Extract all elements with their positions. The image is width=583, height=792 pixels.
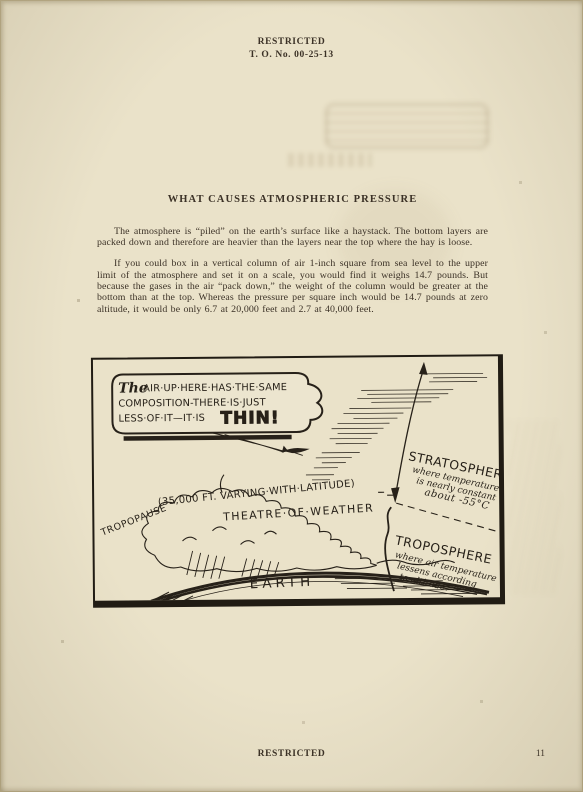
body-text: WHAT CAUSES ATMOSPHERIC PRESSURE The atm… <box>97 194 488 324</box>
theatre-of-weather-label: THEATRE·OF·WEATHER <box>222 501 375 523</box>
page-title: WHAT CAUSES ATMOSPHERIC PRESSURE <box>97 194 488 205</box>
speech-bubble: The AIR·UP·HERE·HAS·THE·SAME COMPOSITION… <box>112 373 323 454</box>
airplane-icon <box>282 445 310 455</box>
bubble-line3: LESS·OF·IT—IT·IS <box>118 413 205 425</box>
arrow-up-icon <box>419 362 428 375</box>
atmosphere-cartoon: The AIR·UP·HERE·HAS·THE·SAME COMPOSITION… <box>93 356 500 601</box>
classification-header: RESTRICTED <box>0 36 583 49</box>
bleedthrough-smudge <box>325 103 489 149</box>
bubble-emphasis-thin: THIN! <box>220 408 279 429</box>
tech-order-number: T. O. No. 00-25-13 <box>0 49 583 62</box>
bubble-shadow <box>124 437 292 438</box>
paragraph: If you could box in a vertical column of… <box>97 258 488 315</box>
page-header: RESTRICTED T. O. No. 00-25-13 <box>0 36 583 62</box>
paper-speckles <box>0 0 1 1</box>
page-footer: RESTRICTED <box>0 749 583 759</box>
rain-lines <box>187 550 279 579</box>
earth-label: EARTH <box>249 574 314 593</box>
bleedthrough-smudge <box>508 420 560 595</box>
bleedthrough-smudge <box>288 153 372 167</box>
scanned-document-page: RESTRICTED T. O. No. 00-25-13 WHAT CAUSE… <box>0 0 583 792</box>
atmosphere-illustration: The AIR·UP·HERE·HAS·THE·SAME COMPOSITION… <box>91 354 505 608</box>
tropopause-dashes <box>378 492 393 495</box>
paragraph: The atmosphere is “piled” on the earth’s… <box>97 226 488 249</box>
bubble-line1: AIR·UP·HERE·HAS·THE·SAME <box>143 382 287 394</box>
page-number: 11 <box>536 749 545 759</box>
classification-footer: RESTRICTED <box>258 749 326 759</box>
